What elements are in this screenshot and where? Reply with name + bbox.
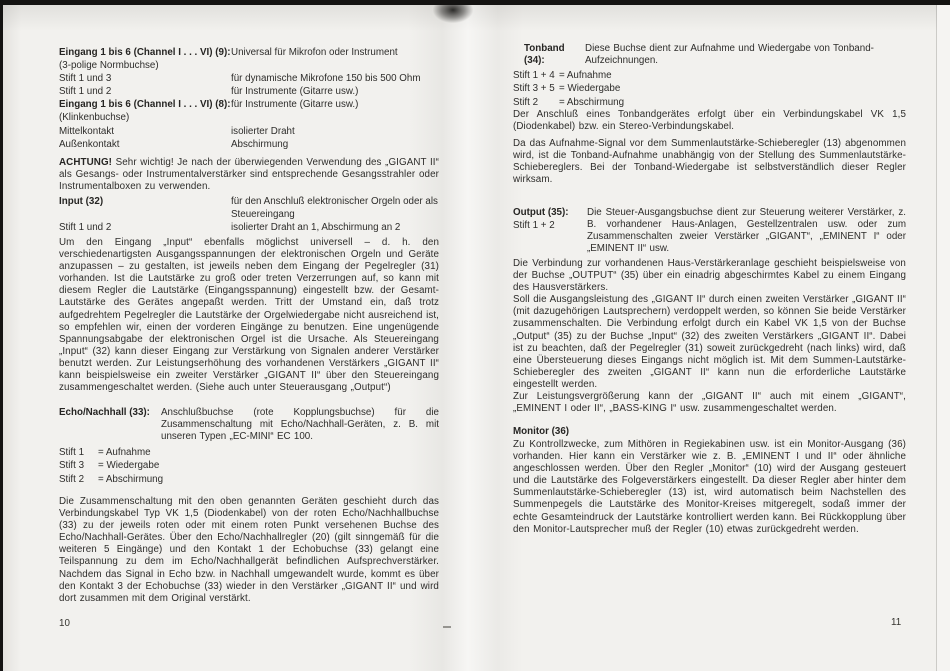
pin-key: Stift 3 <box>59 459 98 472</box>
scan-border-left <box>0 0 3 671</box>
table-row: (Klinkenbuchse) <box>59 111 439 124</box>
achtung-text: Sehr wichtig! Je nach der überwiegenden … <box>59 157 439 192</box>
table-row: Mittelkontakt isolierter Draht <box>59 125 439 138</box>
pin-value: = Wiedergabe <box>98 459 159 472</box>
spec-def: Abschirmung <box>231 138 439 151</box>
list-item: Stift 3 + 5 = Wiedergabe <box>513 82 906 95</box>
tonband-label: Tonband (34): <box>524 43 585 67</box>
pin-value: = Aufnahme <box>559 69 612 82</box>
pin-key: Stift 1 + 4 <box>513 69 559 82</box>
list-item: Stift 1 = Aufnahme <box>59 446 439 459</box>
achtung-note: ACHTUNG! Sehr wichtig! Je nach der überw… <box>59 157 439 193</box>
paragraph-input-usage: Um den Eingang „Input“ ebenfalls möglich… <box>59 237 439 394</box>
echo-def: Anschlußbuchse (rote Kopplungsbuchse) fü… <box>161 407 439 443</box>
output-sublabel: Stift 1 + 2 <box>513 220 587 232</box>
paragraph-text: Zu Kontrollzwecke, zum Mithören in Regie… <box>513 439 906 536</box>
output-definition: Output (35): Stift 1 + 2 Die Steuer-Ausg… <box>513 207 906 255</box>
paragraph-text: Um den Eingang „Input“ ebenfalls möglich… <box>59 237 439 394</box>
paragraph-aufnahme-signal: Da das Aufnahme-Signal vor dem Summenlau… <box>513 138 906 186</box>
paragraph-text: Da das Aufnahme-Signal vor dem Summenlau… <box>513 138 906 186</box>
paragraph-text: Die Verbindung zur vorhandenen Haus-Vers… <box>513 258 906 294</box>
paragraph-echo-wiring: Die Zusammenschaltung mit den oben genan… <box>59 496 439 605</box>
table-row: (3-polige Normbuchse) <box>59 59 439 72</box>
spec-def: für den Anschluß elektronischer Orgeln o… <box>231 195 439 221</box>
paragraph-monitor: Zu Kontrollzwecke, zum Mithören in Regie… <box>513 439 906 536</box>
tonband-def: Diese Buchse dient zur Aufnahme und Wied… <box>585 43 903 67</box>
page-left: Eingang 1 bis 6 (Channel I . . . VI) (9)… <box>59 5 439 671</box>
spec-term: Stift 1 und 3 <box>59 72 231 85</box>
table-row: Input (32) für den Anschluß elektronisch… <box>59 195 439 221</box>
input-spec-table: Input (32) für den Anschluß elektronisch… <box>59 195 439 234</box>
page-right: Tonband (34): Diese Buchse dient zur Auf… <box>513 5 906 671</box>
spec-term: Mittelkontakt <box>59 125 231 138</box>
table-row: Stift 1 und 3 für dynamische Mikrofone 1… <box>59 72 439 85</box>
output-label: Output (35): <box>513 207 587 219</box>
output-def: Die Steuer-Ausgangsbuchse dient zur Steu… <box>587 207 906 255</box>
spec-term: Stift 1 und 2 <box>59 85 231 98</box>
spec-term: (Klinkenbuchse) <box>59 111 231 124</box>
spec-def: für dynamische Mikrofone 150 bis 500 Ohm <box>231 72 439 85</box>
list-item: Stift 1 + 4 = Aufnahme <box>513 69 906 82</box>
spec-term: Außenkontakt <box>59 138 231 151</box>
page-number-right: 11 <box>891 617 901 629</box>
pin-key: Stift 2 <box>59 473 98 486</box>
list-item: Stift 2 = Abschirmung <box>513 96 906 109</box>
paragraph-tonband-cable: Der Anschluß eines Tonbandgerätes erfolg… <box>513 109 906 133</box>
spec-term: Stift 1 und 2 <box>59 221 231 234</box>
spec-term: Input (32) <box>59 195 231 221</box>
table-row: Eingang 1 bis 6 (Channel I . . . VI) (8)… <box>59 98 439 111</box>
output-label-column: Output (35): Stift 1 + 2 <box>513 207 587 255</box>
scan-artifact-dash <box>443 626 451 628</box>
pin-value: = Abschirmung <box>98 473 163 486</box>
spec-def <box>231 111 439 124</box>
echo-nachhall-definition: Echo/Nachhall (33): Anschlußbuchse (rote… <box>59 407 439 443</box>
page-number-left: 10 <box>59 618 70 630</box>
list-item: Stift 2 = Abschirmung <box>59 473 439 486</box>
tonband-definition: Tonband (34): Diese Buchse dient zur Auf… <box>513 43 906 67</box>
spec-term: (3-polige Normbuchse) <box>59 59 231 72</box>
paragraph-output-wiring: Die Verbindung zur vorhandenen Haus-Vers… <box>513 258 906 415</box>
pin-value: = Abschirmung <box>559 96 624 109</box>
list-item: Stift 3 = Wiedergabe <box>59 459 439 472</box>
echo-label: Echo/Nachhall (33): <box>59 407 161 443</box>
echo-pin-list: Stift 1 = Aufnahme Stift 3 = Wiedergabe … <box>59 446 439 486</box>
paragraph-text: Die Zusammenschaltung mit den oben genan… <box>59 496 439 605</box>
tonband-pin-list: Stift 1 + 4 = Aufnahme Stift 3 + 5 = Wie… <box>513 69 906 109</box>
spec-term: Eingang 1 bis 6 (Channel I . . . VI) (9)… <box>59 46 231 59</box>
table-row: Stift 1 und 2 für Instrumente (Gitarre u… <box>59 85 439 98</box>
pin-key: Stift 1 <box>59 446 98 459</box>
spec-def: für Instrumente (Gitarre usw.) <box>231 98 439 111</box>
spec-def: Universal für Mikrofon oder Instrument <box>231 46 439 59</box>
scanned-book-spread: Eingang 1 bis 6 (Channel I . . . VI) (9)… <box>3 5 950 671</box>
page-edge-margin <box>937 5 950 671</box>
spec-def: isolierter Draht <box>231 125 439 138</box>
spec-term: Eingang 1 bis 6 (Channel I . . . VI) (8)… <box>59 98 231 111</box>
achtung-label: ACHTUNG! <box>59 157 112 168</box>
spec-def: isolierter Draht an 1, Abschirmung an 2 <box>231 221 439 234</box>
spec-def: für Instrumente (Gitarre usw.) <box>231 85 439 98</box>
table-row: Eingang 1 bis 6 (Channel I . . . VI) (9)… <box>59 46 439 59</box>
paragraph-text: Der Anschluß eines Tonbandgerätes erfolg… <box>513 109 906 133</box>
connector-spec-table: Eingang 1 bis 6 (Channel I . . . VI) (9)… <box>59 46 439 151</box>
monitor-heading: Monitor (36) <box>513 426 906 438</box>
scan-border-top <box>0 0 950 5</box>
pin-value: = Wiedergabe <box>559 82 620 95</box>
pin-key: Stift 2 <box>513 96 559 109</box>
paragraph-text: Soll die Ausgangsleistung des „GIGANT II… <box>513 294 906 391</box>
pin-key: Stift 3 + 5 <box>513 82 559 95</box>
pin-value: = Aufnahme <box>98 446 151 459</box>
table-row: Außenkontakt Abschirmung <box>59 138 439 151</box>
page-edge-line <box>936 5 937 671</box>
table-row: Stift 1 und 2 isolierter Draht an 1, Abs… <box>59 221 439 234</box>
paragraph-text: Zur Leistungsvergrößerung kann der „GIGA… <box>513 391 906 415</box>
spec-def <box>231 59 439 72</box>
